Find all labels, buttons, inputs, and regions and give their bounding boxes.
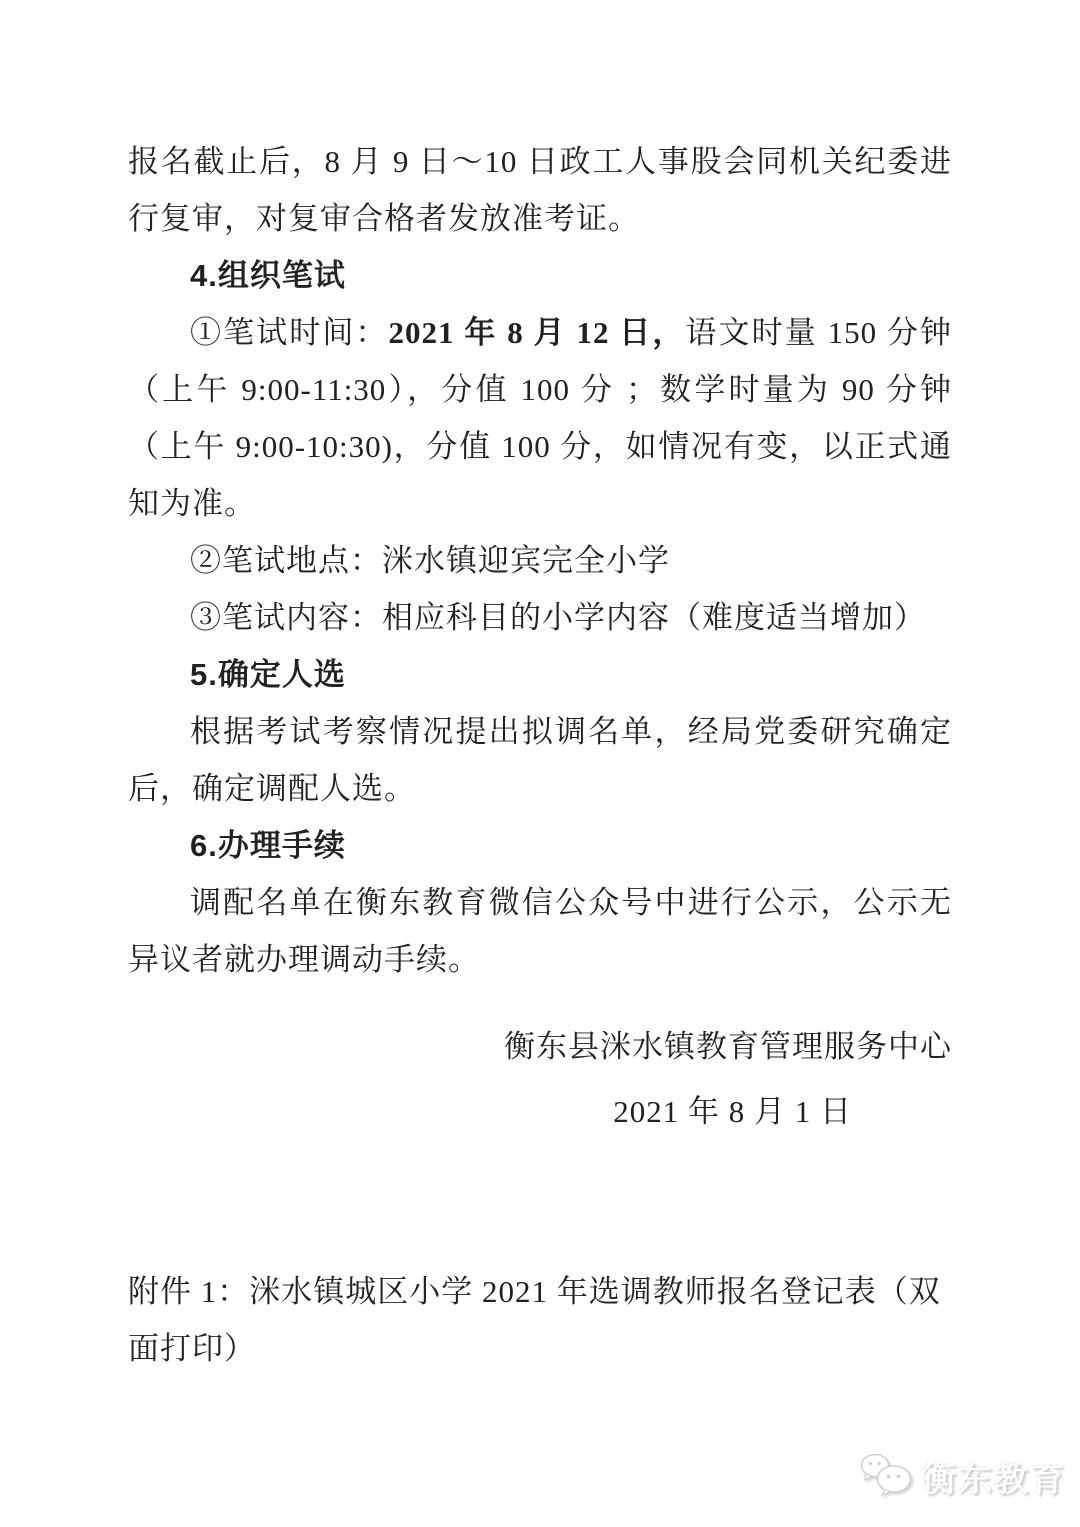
account-watermark: 衡东教育 <box>858 1452 1066 1501</box>
paragraph-candidate-selection: 根据考试考察情况提出拟调名单，经局党委研究确定后，确定调配人选。 <box>128 703 952 817</box>
heading-organize-written-exam: 4.组织笔试 <box>128 247 952 304</box>
scanned-notice-page: { "page": { "background": "#ffffff", "in… <box>0 0 1080 1527</box>
signature-date: 2021 年 8 月 1 日 <box>128 1083 952 1140</box>
paragraph-exam-content: ③笔试内容：相应科目的小学内容（难度适当增加） <box>128 589 952 646</box>
written-exam-date-bold: 2021 年 8 月 12 日， <box>388 315 685 350</box>
paragraph-public-notice: 调配名单在衡东教育微信公众号中进行公示，公示无异议者就办理调动手续。 <box>128 874 952 988</box>
notice-body: 报名截止后，8 月 9 日～10 日政工人事股会同机关纪委进行复审，对复审合格者… <box>128 133 952 1377</box>
signature-organization: 衡东县洣水镇教育管理服务中心 <box>128 1018 952 1075</box>
paragraph-review-continuation: 报名截止后，8 月 9 日～10 日政工人事股会同机关纪委进行复审，对复审合格者… <box>128 133 952 247</box>
paragraph-written-exam-time: ①笔试时间：2021 年 8 月 12 日，语文时量 150 分钟（上午 9:0… <box>128 304 952 532</box>
wechat-icon <box>858 1452 914 1501</box>
heading-determine-candidates: 5.确定人选 <box>128 646 952 703</box>
watermark-label: 衡东教育 <box>922 1452 1066 1501</box>
attachment-note: 附件 1：洣水镇城区小学 2021 年选调教师报名登记表（双面打印） <box>128 1263 952 1377</box>
paragraph-exam-location: ②笔试地点：洣水镇迎宾完全小学 <box>128 532 952 589</box>
heading-handle-procedures: 6.办理手续 <box>128 817 952 874</box>
written-exam-time-label: ①笔试时间： <box>190 315 388 350</box>
signature-block: 衡东县洣水镇教育管理服务中心 2021 年 8 月 1 日 <box>128 1018 952 1140</box>
